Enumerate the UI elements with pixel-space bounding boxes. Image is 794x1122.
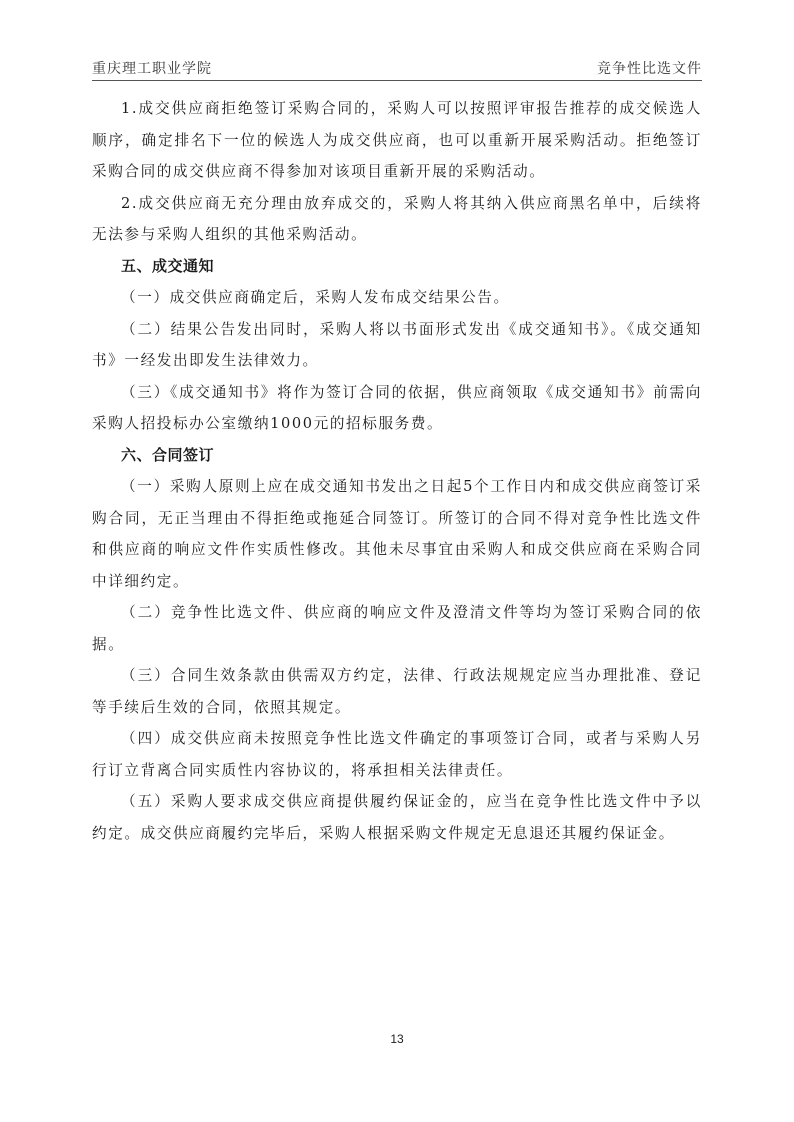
paragraph: （四）成交供应商未按照竞争性比选文件确定的事项签订合同，或者与采购人另行订立背离… (92, 723, 702, 786)
page-header: 重庆理工职业学院 竞争性比选文件 (92, 58, 702, 81)
header-institution: 重庆理工职业学院 (92, 58, 212, 78)
paragraph: （二）结果公告发出同时，采购人将以书面形式发出《成交通知书》。《成交通知书》一经… (92, 314, 702, 377)
clause-1: 1.成交供应商拒绝签订采购合同的，采购人可以按照评审报告推荐的成交候选人顺序，确… (92, 93, 702, 188)
page-number: 13 (0, 1032, 794, 1046)
paragraph: （三）《成交通知书》将作为签订合同的依据，供应商领取《成交通知书》前需向采购人招… (92, 377, 702, 440)
paragraph: （三）合同生效条款由供需双方约定，法律、行政法规规定应当办理批准、登记等手续后生… (92, 660, 702, 723)
section-heading-transaction-notice: 五、成交通知 (92, 251, 702, 283)
section-heading-contract-signing: 六、合同签订 (92, 440, 702, 472)
document-body: 1.成交供应商拒绝签订采购合同的，采购人可以按照评审报告推荐的成交候选人顺序，确… (92, 93, 702, 849)
paragraph: （一）采购人原则上应在成交通知书发出之日起5个工作日内和成交供应商签订采购合同，… (92, 471, 702, 597)
clause-2: 2.成交供应商无充分理由放弃成交的，采购人将其纳入供应商黑名单中，后续将无法参与… (92, 188, 702, 251)
header-document-type: 竞争性比选文件 (597, 58, 702, 78)
paragraph: （二）竞争性比选文件、供应商的响应文件及澄清文件等均为签订采购合同的依据。 (92, 597, 702, 660)
paragraph: （一）成交供应商确定后，采购人发布成交结果公告。 (92, 282, 702, 314)
paragraph: （五）采购人要求成交供应商提供履约保证金的，应当在竞争性比选文件中予以约定。成交… (92, 786, 702, 849)
